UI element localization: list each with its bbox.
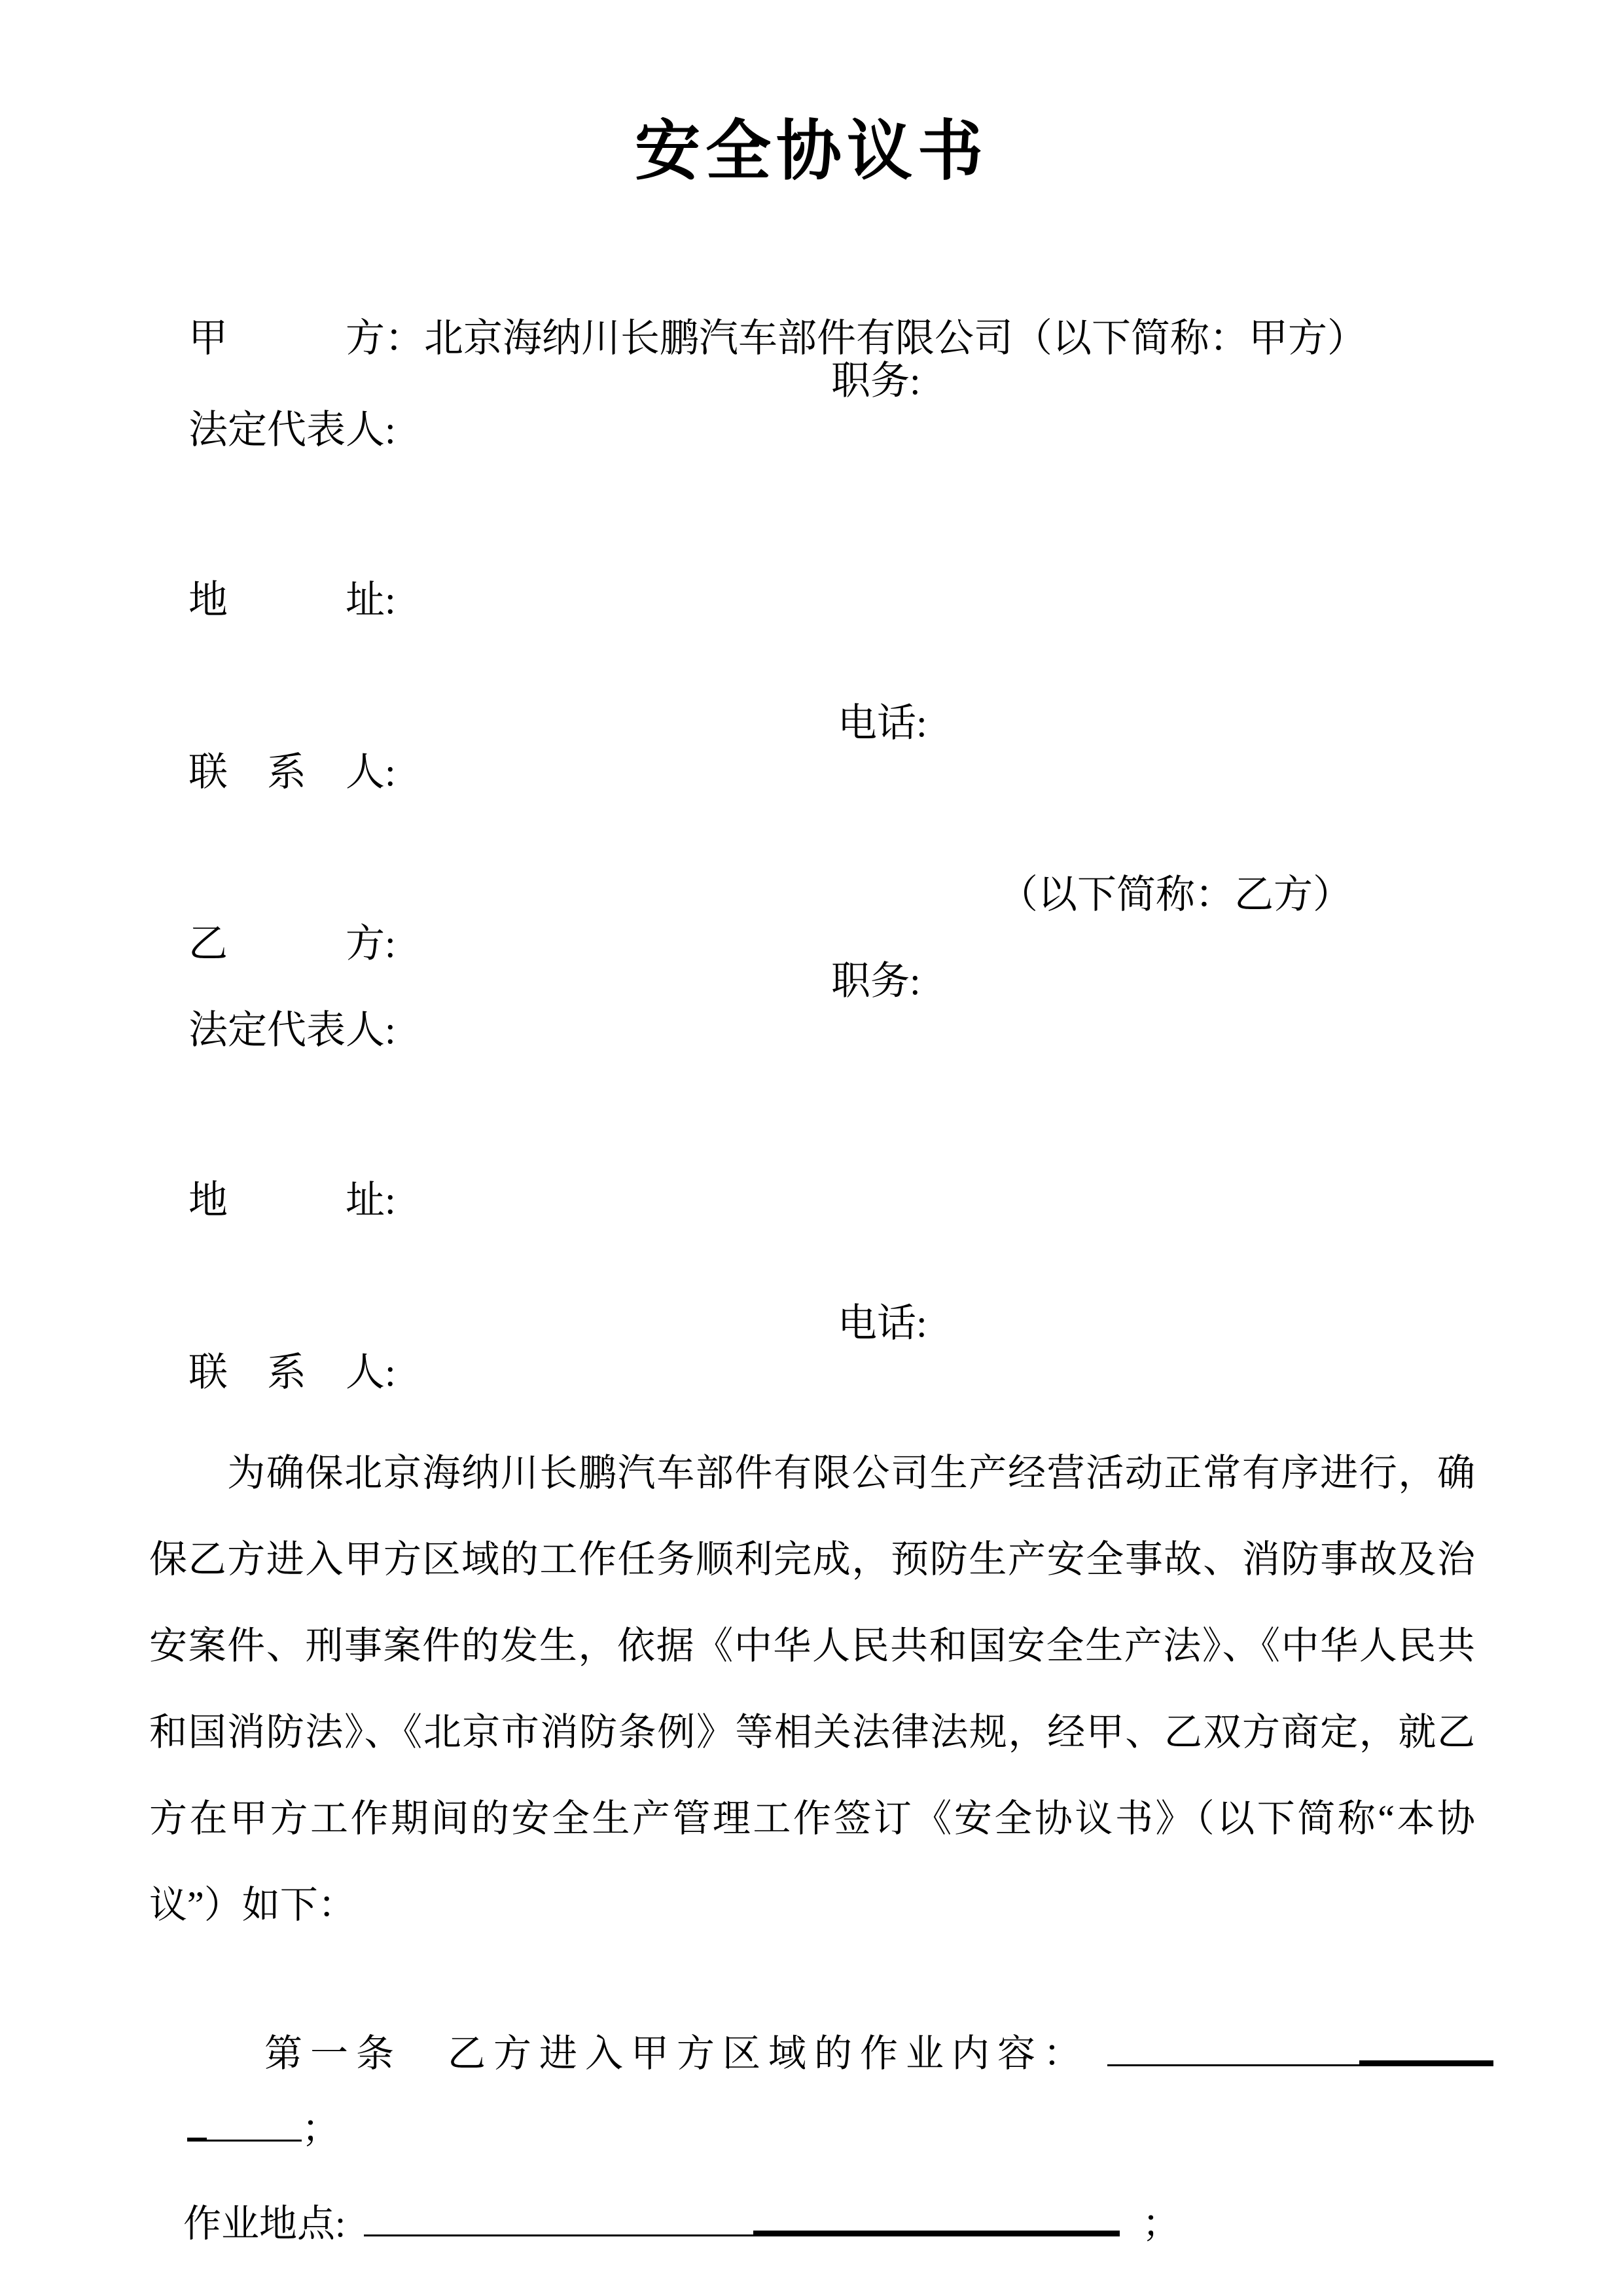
party-b-legal-rep-label: 法定代表人: [188,1009,396,1052]
location-blank-thin [364,2232,753,2236]
party-b-contact-label: 联 系 人: [188,1351,396,1394]
preamble-line-6: 议”）如下： [149,1862,1475,1948]
preamble-line-4: 和国消防法》、《北京市消防条例》等相关法律法规，经甲、乙双方商定，就乙 [149,1689,1475,1776]
preamble-line-1: 为确保北京海纳川长鹏汽车部件有限公司生产经营活动正常有序进行，确 [149,1430,1475,1516]
party-a-legal-rep-row: 法定代表人: 职务: [149,357,1474,553]
party-a-contact-row: 联 系 人: 电话: [149,699,1474,895]
preamble-line-2: 保乙方进入甲方区域的工作任务顺利完成，预防生产安全事故、消防事故及治 [149,1516,1475,1603]
party-a-name-line: 甲 方：北京海纳川长鹏汽车部件有限公司（以下简称：甲方） [188,317,1366,360]
party-a-address-row: 地 址: [149,527,1474,674]
party-b-abbrev: （以下简称：乙方） [999,870,1352,920]
party-a-address-label: 地 址: [188,579,396,622]
party-a-contact-label: 联 系 人: [188,751,396,794]
preamble-line-3: 安案件、刑事案件的发生，依据《中华人民共和国安全生产法》、《中华人民共 [149,1603,1475,1689]
location-blank-thick [753,2225,1120,2236]
work-location-row: 作业地点:； [145,2150,1474,2296]
work-location-label: 作业地点: [183,2202,346,2245]
party-b-address-label: 地 址: [188,1179,396,1222]
party-a-phone-label: 电话: [838,699,927,748]
party-b-phone-label: 电话: [838,1299,927,1348]
continuation-blank-thick [187,2132,207,2142]
continuation-semicolon: ； [302,2108,340,2150]
document-title: 安全协议书 [0,98,1623,192]
party-a-duty-label: 职务: [831,357,921,406]
party-a-legal-rep-label: 法定代表人: [188,408,396,452]
location-semicolon: ； [1142,2202,1180,2245]
continuation-blank-thin [207,2137,302,2142]
preamble-paragraph: 为确保北京海纳川长鹏汽车部件有限公司生产经营活动正常有序进行，确 保乙方进入甲方… [149,1430,1475,1948]
preamble-line-5: 方在甲方工作期间的安全生产管理工作签订《安全协议书》（以下简称“本协 [149,1776,1475,1862]
document-page: 安全协议书 甲 方：北京海纳川长鹏汽车部件有限公司（以下简称：甲方） 法定代表人… [0,0,1623,2296]
party-b-legal-rep-row: 法定代表人: 职务: [149,957,1474,1153]
party-b-address-row: 地 址: [149,1127,1474,1274]
party-b-duty-label: 职务: [831,957,921,1006]
